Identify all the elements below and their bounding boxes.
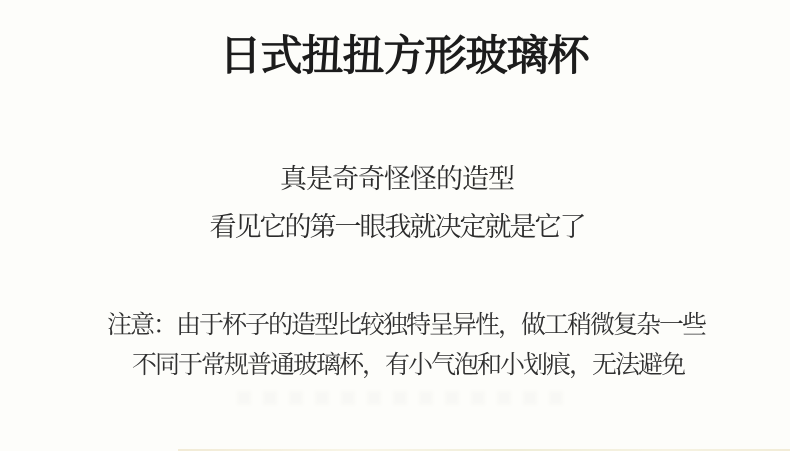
note-line: 不同于常规普通玻璃杯，有小气泡和小划痕，无法避免 [13, 353, 790, 378]
note-line: 注意：由于杯子的造型比较独特呈异性，做工稍微复杂一些 [11, 313, 790, 338]
subtitle-line: 看见它的第一眼我就决定就是它了 [2, 214, 790, 241]
subtitle-line: 真是奇奇怪怪的造型 [2, 166, 790, 193]
faint-ghost-text-artifact [237, 391, 563, 405]
page-title: 日式扭扭方形玻璃杯 [9, 35, 790, 77]
product-description-page: 日式扭扭方形玻璃杯 真是奇奇怪怪的造型 看见它的第一眼我就决定就是它了 注意：由… [0, 0, 790, 451]
